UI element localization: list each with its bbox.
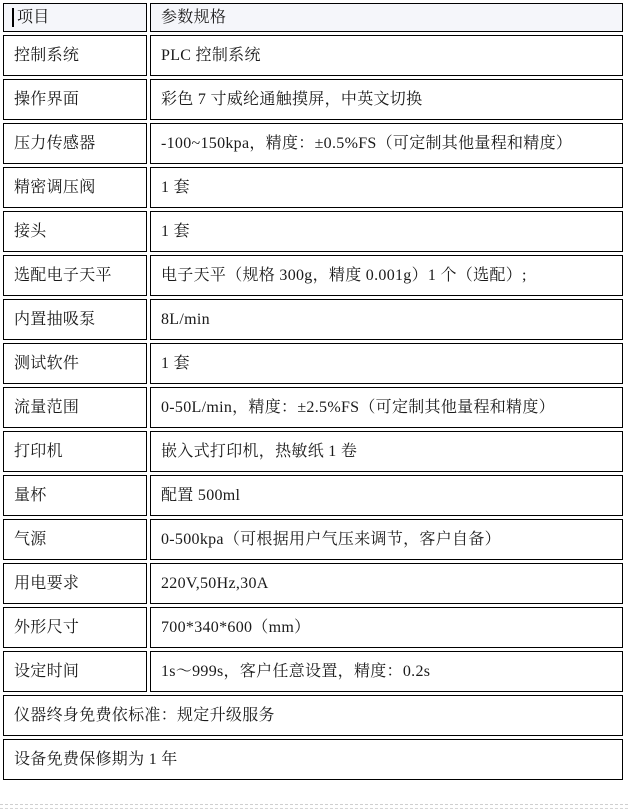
- header-item-cell[interactable]: 项目: [3, 3, 147, 32]
- spec-item-cell[interactable]: 压力传感器: [3, 123, 147, 164]
- spec-item-cell[interactable]: 选配电子天平: [3, 255, 147, 296]
- spec-value-cell[interactable]: 1s～999s，客户任意设置，精度：0.2s: [150, 651, 623, 692]
- table-row: 测试软件 1 套: [3, 343, 623, 384]
- table-row: 外形尺寸 700*340*600（mm）: [3, 607, 623, 648]
- spec-item-cell[interactable]: 外形尺寸: [3, 607, 147, 648]
- table-row: 量杯 配置 500ml: [3, 475, 623, 516]
- spec-value-cell[interactable]: 嵌入式打印机，热敏纸 1 卷: [150, 431, 623, 472]
- table-row-full-width: 设备免费保修期为 1 年: [3, 739, 623, 780]
- page-break-dashed-line: [0, 804, 628, 809]
- document-page: 项目 参数规格 控制系统 PLC 控制系统 操作界面 彩色 7 寸威纶通触摸屏，…: [0, 0, 628, 810]
- footer-note-cell[interactable]: 设备免费保修期为 1 年: [3, 739, 623, 780]
- spec-item-cell[interactable]: 设定时间: [3, 651, 147, 692]
- text-cursor-caret: [12, 8, 14, 27]
- table-row: 控制系统 PLC 控制系统: [3, 35, 623, 76]
- footer-note-cell[interactable]: 仪器终身免费依标准：规定升级服务: [3, 695, 623, 736]
- table-row: 流量范围 0-50L/min，精度：±2.5%FS（可定制其他量程和精度）: [3, 387, 623, 428]
- spec-value-cell[interactable]: 1 套: [150, 211, 623, 252]
- spec-value-cell[interactable]: 220V,50Hz,30A: [150, 563, 623, 604]
- spec-value-cell[interactable]: 彩色 7 寸威纶通触摸屏，中英文切换: [150, 79, 623, 120]
- spec-value-cell[interactable]: 0-50L/min，精度：±2.5%FS（可定制其他量程和精度）: [150, 387, 623, 428]
- table-row-full-width: 仪器终身免费依标准：规定升级服务: [3, 695, 623, 736]
- spec-value-cell[interactable]: 8L/min: [150, 299, 623, 340]
- spec-item-cell[interactable]: 用电要求: [3, 563, 147, 604]
- spec-value-cell[interactable]: 0-500kpa（可根据用户气压来调节，客户自备）: [150, 519, 623, 560]
- spec-value-cell[interactable]: -100~150kpa，精度：±0.5%FS（可定制其他量程和精度）: [150, 123, 623, 164]
- table-row: 用电要求 220V,50Hz,30A: [3, 563, 623, 604]
- spec-item-cell[interactable]: 操作界面: [3, 79, 147, 120]
- table-row: 选配电子天平 电子天平（规格 300g，精度 0.001g）1 个（选配）;: [3, 255, 623, 296]
- table-row: 压力传感器 -100~150kpa，精度：±0.5%FS（可定制其他量程和精度）: [3, 123, 623, 164]
- spec-item-cell[interactable]: 接头: [3, 211, 147, 252]
- table-row: 操作界面 彩色 7 寸威纶通触摸屏，中英文切换: [3, 79, 623, 120]
- table-row: 内置抽吸泵 8L/min: [3, 299, 623, 340]
- header-item-label: 项目: [17, 9, 50, 26]
- spec-item-cell[interactable]: 气源: [3, 519, 147, 560]
- spec-value-cell[interactable]: 1 套: [150, 167, 623, 208]
- spec-item-cell[interactable]: 量杯: [3, 475, 147, 516]
- header-spec-cell[interactable]: 参数规格: [150, 3, 623, 32]
- spec-value-cell[interactable]: PLC 控制系统: [150, 35, 623, 76]
- spec-item-cell[interactable]: 打印机: [3, 431, 147, 472]
- spec-table: 项目 参数规格 控制系统 PLC 控制系统 操作界面 彩色 7 寸威纶通触摸屏，…: [0, 0, 626, 783]
- header-spec-label: 参数规格: [161, 9, 226, 26]
- table-row: 精密调压阀 1 套: [3, 167, 623, 208]
- spec-item-cell[interactable]: 测试软件: [3, 343, 147, 384]
- table-row: 设定时间 1s～999s，客户任意设置，精度：0.2s: [3, 651, 623, 692]
- spec-item-cell[interactable]: 内置抽吸泵: [3, 299, 147, 340]
- table-row: 气源 0-500kpa（可根据用户气压来调节，客户自备）: [3, 519, 623, 560]
- table-row: 接头 1 套: [3, 211, 623, 252]
- table-header-row: 项目 参数规格: [3, 3, 623, 32]
- table-row: 打印机 嵌入式打印机，热敏纸 1 卷: [3, 431, 623, 472]
- spec-item-cell[interactable]: 控制系统: [3, 35, 147, 76]
- spec-value-cell[interactable]: 电子天平（规格 300g，精度 0.001g）1 个（选配）;: [150, 255, 623, 296]
- spec-value-cell[interactable]: 配置 500ml: [150, 475, 623, 516]
- spec-value-cell[interactable]: 1 套: [150, 343, 623, 384]
- spec-value-cell[interactable]: 700*340*600（mm）: [150, 607, 623, 648]
- spec-item-cell[interactable]: 精密调压阀: [3, 167, 147, 208]
- spec-item-cell[interactable]: 流量范围: [3, 387, 147, 428]
